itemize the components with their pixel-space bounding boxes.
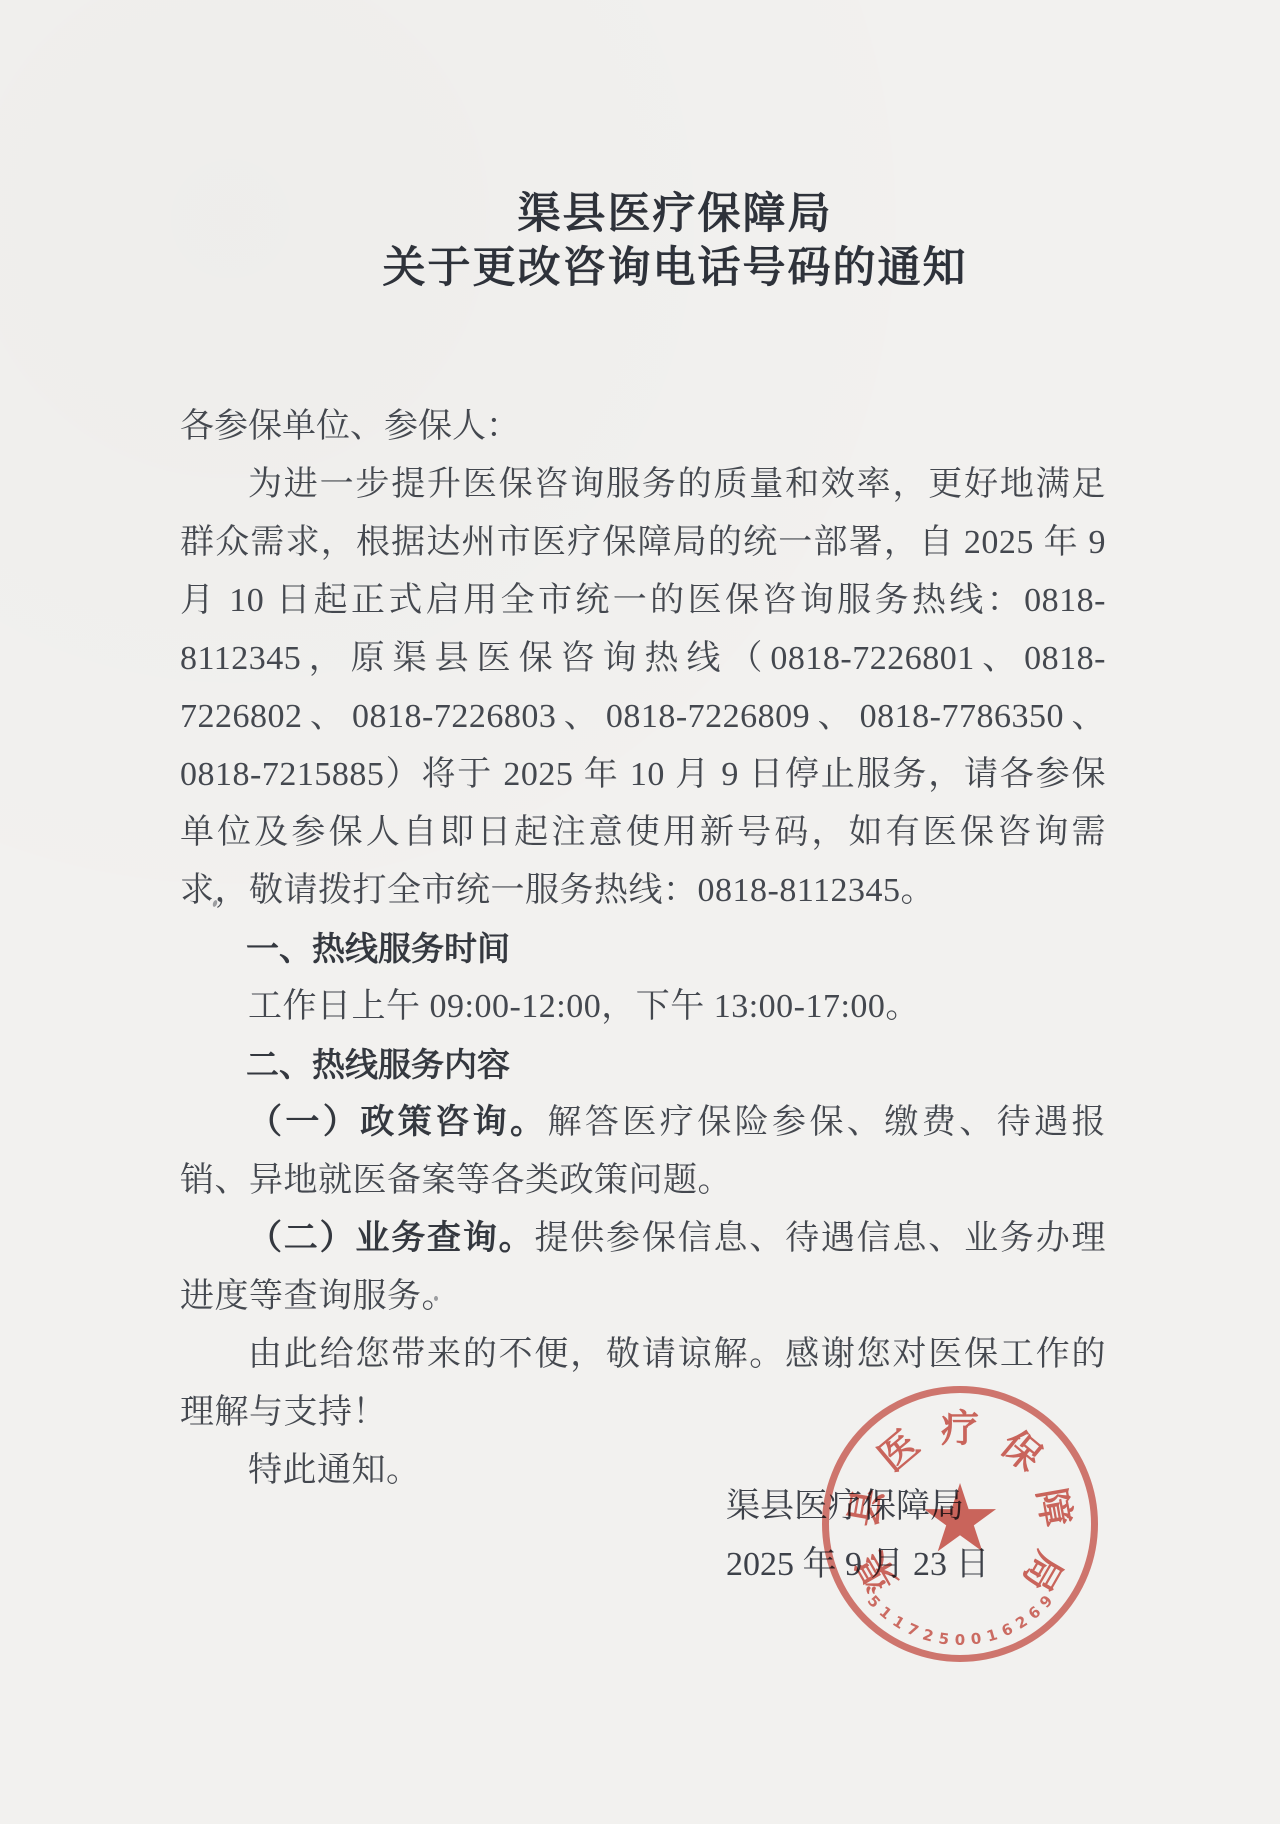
seal-serial-digit: 0 — [955, 1631, 965, 1649]
official-seal: ★ 渠县医疗保障局5117250016269 — [822, 1386, 1098, 1662]
item-2-paragraph: （二）业务查询。提供参保信息、待遇信息、业务办理进度等查询服务。 — [180, 1210, 1106, 1326]
seal-serial-digit: 2 — [921, 1625, 936, 1645]
document-body: 渠县医疗保障局 关于更改咨询电话号码的通知 各参保单位、参保人： 为进一步提升医… — [180, 0, 1106, 1500]
section-2-heading: 二、热线服务内容 — [180, 1036, 1106, 1094]
document-page: 渠县医疗保障局 关于更改咨询电话号码的通知 各参保单位、参保人： 为进一步提升医… — [0, 0, 1280, 1824]
main-paragraph: 为进一步提升医保咨询服务的质量和效率，更好地满足群众需求，根据达州市医疗保障局的… — [180, 456, 1106, 920]
document-title: 渠县医疗保障局 关于更改咨询电话号码的通知 — [244, 188, 1106, 296]
seal-serial-digit: 1 — [984, 1625, 999, 1645]
title-line-2: 关于更改咨询电话号码的通知 — [244, 242, 1106, 296]
section-1-body: 工作日上午 09:00-12:00，下午 13:00-17:00。 — [180, 978, 1106, 1036]
seal-serial-digit: 6 — [1025, 1603, 1045, 1623]
seal-ring-char: 疗 — [941, 1398, 979, 1453]
salutation: 各参保单位、参保人： — [180, 398, 1106, 456]
item-1-label: （一）政策咨询。 — [248, 1104, 547, 1141]
seal-serial-digit: 6 — [999, 1620, 1016, 1641]
seal-ring-char: 县 — [832, 1483, 893, 1530]
seal-serial-digit: 1 — [889, 1612, 907, 1633]
section-1-heading: 一、热线服务时间 — [180, 920, 1106, 978]
seal-serial-digit: 2 — [1012, 1612, 1030, 1633]
star-icon: ★ — [918, 1473, 1002, 1567]
scan-speck — [434, 1296, 438, 1301]
title-line-1: 渠县医疗保障局 — [244, 188, 1106, 242]
seal-serial-digit: 7 — [904, 1620, 921, 1641]
item-1-paragraph: （一）政策咨询。解答医疗保险参保、缴费、待遇报销、异地就医备案等各类政策问题。 — [180, 1094, 1106, 1210]
item-2-label: （二）业务查询。 — [248, 1220, 534, 1257]
seal-ring-char: 障 — [1027, 1483, 1088, 1530]
seal-serial-digit: 5 — [937, 1629, 950, 1648]
seal-serial-digit: 0 — [970, 1629, 983, 1648]
